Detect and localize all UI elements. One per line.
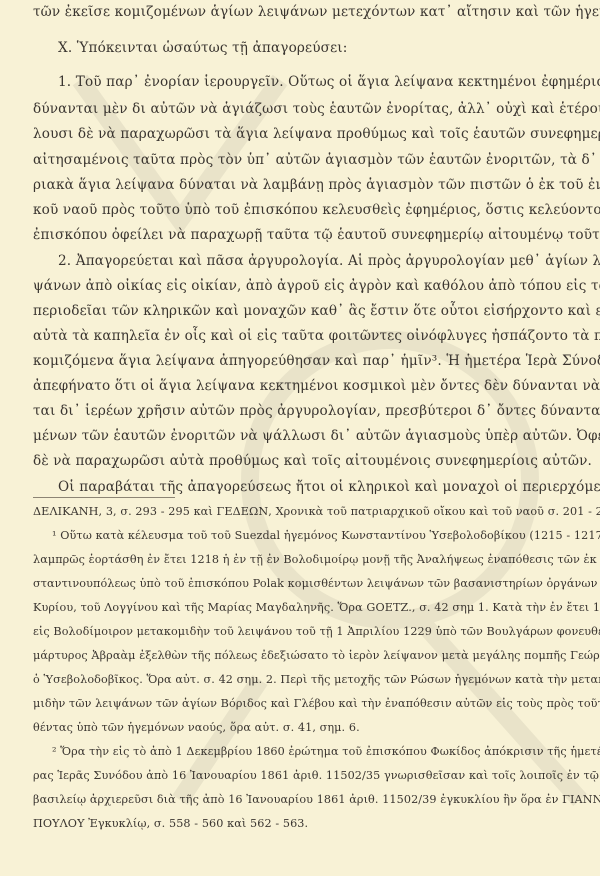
main-text-line: κομιζόμενα ἅγια λείψανα ἀπηγορεύθησαν κα…	[33, 353, 580, 369]
main-text-line: δύνανται μὲν δι αὐτῶν νὰ ἁγιάζωσι τοὺς ἑ…	[33, 101, 580, 117]
main-text-line: τῶν ἐκεῖσε κομιζομένων ἁγίων λειψάνων με…	[33, 4, 580, 20]
main-text-line: ριακὰ ἅγια λείψανα δύναται νὰ λαμβάνῃ πρ…	[33, 177, 580, 193]
footnote-line: σταντινουπόλεως ὑπὸ τοῦ ἐπισκόπου Polak …	[33, 577, 580, 590]
main-text-line: Οἱ παραβάται τῆς ἀπαγορεύσεως ἤτοι οἱ κλ…	[58, 479, 580, 495]
footnote-line: ὁ Ὑσεβολοδοβῖκος. Ὅρα αὐτ. σ. 42 σημ. 2.…	[33, 673, 580, 686]
footnote-line: Κυρίου, τοῦ Λογγίνου καὶ τῆς Μαρίας Μαγδ…	[33, 601, 580, 614]
footnote-separator	[33, 497, 175, 498]
main-text-line: ται δι᾽ ἱερέων χρῆσιν αὐτῶν πρὸς ἀργυρολ…	[33, 403, 580, 419]
footnote-line: μιδὴν τῶν λειψάνων τῶν ἁγίων Βόριδος καὶ…	[33, 697, 580, 710]
footnote-line: ΠΟΥΛΟΥ Ἐγκυκλίῳ, σ. 558 - 560 καὶ 562 - …	[33, 817, 580, 830]
main-text-line: ψάνων ἀπὸ οἰκίας εἰς οἰκίαν, ἀπὸ ἀγροῦ ε…	[33, 278, 580, 294]
footnote-1: ¹ Οὕτω κατὰ κέλευσμα τοῦ τοῦ Suezdal ἡγε…	[52, 529, 580, 542]
footnote-line: εἰς Βολοδίμοιρον μετακομιδὴν τοῦ λειψάνο…	[33, 625, 580, 638]
main-text-line: μένων τῶν ἑαυτῶν ἐνοριτῶν νὰ ψάλλωσι δι᾽…	[33, 428, 580, 444]
main-text-line: αἰτησαμένοις ταῦτα πρὸς τὸν ὑπ᾽ αὐτῶν ἁγ…	[33, 152, 580, 168]
footnote-line: λαμπρῶς ἑορτάσθη ἐν ἔτει 1218 ἡ ἐν τῇ ἐν…	[33, 553, 580, 566]
footnote-2: ² Ὅρα τὴν εἰς τὸ ἀπὸ 1 Δεκεμβρίου 1860 ἐ…	[52, 745, 580, 758]
section-heading: Χ. Ὑπόκεινται ὡσαύτως τῇ ἀπαγορεύσει:	[58, 40, 580, 56]
main-text-line: ἀπεφήνατο ὅτι οἱ ἅγια λείψανα κεκτημένοι…	[33, 378, 580, 394]
main-text-line: περιοδεῖαι τῶν κληρικῶν καὶ μοναχῶν καθ᾽…	[33, 303, 580, 319]
footnote-line: θέντας ὑπὸ τῶν ἡγεμόνων ναούς, ὅρα αὐτ. …	[33, 721, 580, 734]
main-text-line: λουσι δὲ νὰ παραχωρῶσι τὰ ἅγια λείψανα π…	[33, 126, 580, 142]
main-text-line: 2. Ἀπαγορεύεται καὶ πᾶσα ἀργυρολογία. Αἱ…	[58, 253, 580, 269]
footnote-line: ρας Ἱερᾶς Συνόδου ἀπὸ 16 Ἰανουαρίου 1861…	[33, 769, 580, 782]
main-text-line: ἐπισκόπου ὀφείλει νὰ παραχωρῇ ταῦτα τῷ ἑ…	[33, 227, 580, 243]
footnote-line: βασιλείῳ ἀρχιερεῦσι διὰ τῆς ἀπὸ 16 Ἰανου…	[33, 793, 580, 806]
main-text-line: κοῦ ναοῦ πρὸς τοῦτο ὑπὸ τοῦ ἐπισκόπου κε…	[33, 202, 580, 218]
main-text-line: 1. Τοῦ παρ᾽ ἐνορίαν ἱερουργεῖν. Οὕτως οἱ…	[58, 74, 580, 90]
main-text-line: αὐτὰ τὰ καπηλεῖα ἐν οἷς καὶ οἱ εἰς ταῦτα…	[33, 328, 580, 344]
main-text-line: δὲ νὰ παραχωρῶσι αὐτὰ προθύμως καὶ τοῖς …	[33, 453, 580, 469]
footnote-line: ΔΕΛΙΚΑΝΗ, 3, σ. 293 - 295 καὶ ΓΕΔΕΩΝ, Χρ…	[33, 505, 580, 518]
footnote-line: μάρτυρος Ἀβραὰμ ἐξελθὼν τῆς πόλεως ἐδεξι…	[33, 649, 580, 662]
